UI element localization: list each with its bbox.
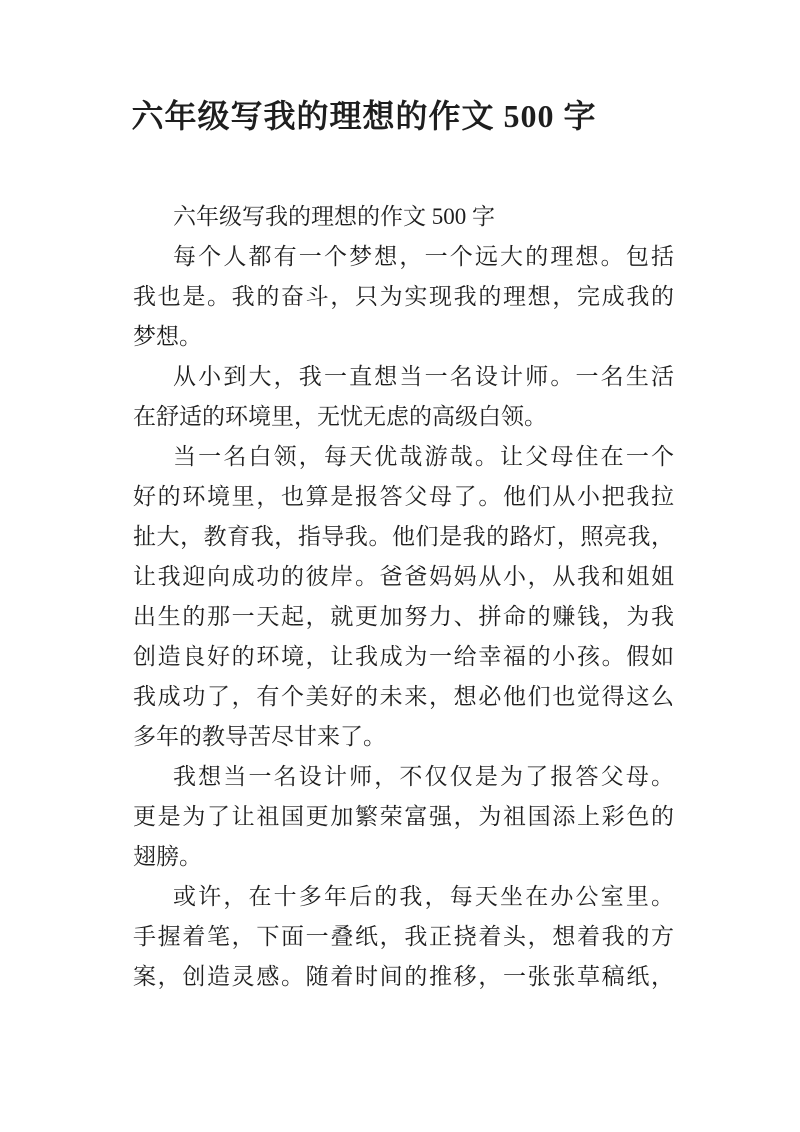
paragraph: 当一名白领，每天优哉游哉。让父母住在一个 好的环境里，也算是报答父母了。他们从小… bbox=[133, 437, 674, 757]
text-line: 梦想。 bbox=[133, 317, 674, 357]
text-line: 我成功了，有个美好的未来，想必他们也觉得这么 bbox=[133, 677, 674, 717]
document-body: 六年级写我的理想的作文 500 字 每个人都有一个梦想，一个远大的理想。包括 我… bbox=[133, 197, 674, 997]
text-line: 好的环境里，也算是报答父母了。他们从小把我拉 bbox=[133, 477, 674, 517]
text-line: 从小到大，我一直想当一名设计师。一名生活 bbox=[133, 357, 674, 397]
paragraph: 六年级写我的理想的作文 500 字 bbox=[133, 197, 674, 237]
text-line: 创造良好的环境，让我成为一给幸福的小孩。假如 bbox=[133, 637, 674, 677]
text-line: 案，创造灵感。随着时间的推移，一张张草稿纸， bbox=[133, 957, 674, 997]
text-line: 当一名白领，每天优哉游哉。让父母住在一个 bbox=[133, 437, 674, 477]
text-line: 翅膀。 bbox=[133, 837, 674, 877]
text-line: 更是为了让祖国更加繁荣富强，为祖国添上彩色的 bbox=[133, 797, 674, 837]
text-line: 让我迎向成功的彼岸。爸爸妈妈从小，从我和姐姐 bbox=[133, 557, 674, 597]
text-line: 我也是。我的奋斗，只为实现我的理想，完成我的 bbox=[133, 277, 674, 317]
text-line: 多年的教导苦尽甘来了。 bbox=[133, 717, 674, 757]
paragraph: 我想当一名设计师，不仅仅是为了报答父母。 更是为了让祖国更加繁荣富强，为祖国添上… bbox=[133, 757, 674, 877]
text-line: 手握着笔，下面一叠纸，我正挠着头，想着我的方 bbox=[133, 917, 674, 957]
text-line: 在舒适的环境里，无忧无虑的高级白领。 bbox=[133, 397, 674, 437]
paragraph: 从小到大，我一直想当一名设计师。一名生活 在舒适的环境里，无忧无虑的高级白领。 bbox=[133, 357, 674, 437]
text-line: 六年级写我的理想的作文 500 字 bbox=[133, 197, 674, 237]
paragraph: 或许，在十多年后的我，每天坐在办公室里。 手握着笔，下面一叠纸，我正挠着头，想着… bbox=[133, 877, 674, 997]
page-title: 六年级写我的理想的作文 500 字 bbox=[0, 96, 728, 136]
document-page: 六年级写我的理想的作文 500 字 六年级写我的理想的作文 500 字 每个人都… bbox=[0, 0, 800, 1132]
text-line: 或许，在十多年后的我，每天坐在办公室里。 bbox=[133, 877, 674, 917]
paragraph: 每个人都有一个梦想，一个远大的理想。包括 我也是。我的奋斗，只为实现我的理想，完… bbox=[133, 237, 674, 357]
text-line: 出生的那一天起，就更加努力、拼命的赚钱，为我 bbox=[133, 597, 674, 637]
text-line: 我想当一名设计师，不仅仅是为了报答父母。 bbox=[133, 757, 674, 797]
text-line: 扯大，教育我，指导我。他们是我的路灯，照亮我， bbox=[133, 517, 674, 557]
text-line: 每个人都有一个梦想，一个远大的理想。包括 bbox=[133, 237, 674, 277]
